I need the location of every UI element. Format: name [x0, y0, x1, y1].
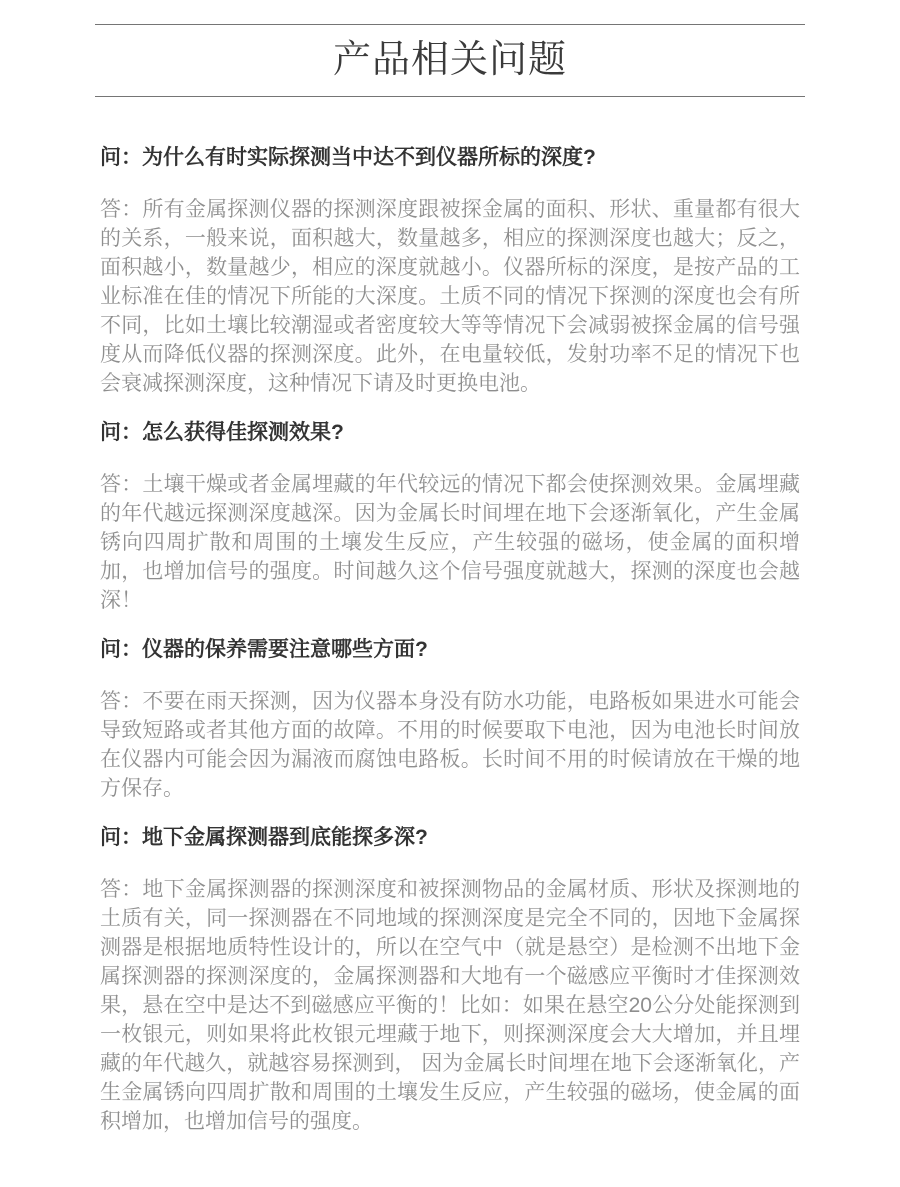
faq-item: 问：地下金属探测器到底能探多深? 答：地下金属探测器的探测深度和被探测物品的金属… [100, 823, 800, 1136]
faq-question: 问：仪器的保养需要注意哪些方面? [100, 635, 800, 665]
page-title: 产品相关问题 [95, 25, 805, 96]
faq-content: 问：为什么有时实际探测当中达不到仪器所标的深度? 答：所有金属探测仪器的探测深度… [100, 143, 800, 1176]
faq-item: 问：怎么获得佳探测效果? 答：土壤干燥或者金属埋藏的年代较远的情况下都会使探测效… [100, 418, 800, 615]
faq-question: 问：地下金属探测器到底能探多深? [100, 823, 800, 853]
faq-page: 产品相关问题 问：为什么有时实际探测当中达不到仪器所标的深度? 答：所有金属探测… [0, 0, 900, 1187]
faq-item: 问：仪器的保养需要注意哪些方面? 答：不要在雨天探测，因为仪器本身没有防水功能，… [100, 635, 800, 803]
faq-question: 问：怎么获得佳探测效果? [100, 418, 800, 448]
faq-item: 问：为什么有时实际探测当中达不到仪器所标的深度? 答：所有金属探测仪器的探测深度… [100, 143, 800, 398]
faq-question: 问：为什么有时实际探测当中达不到仪器所标的深度? [100, 143, 800, 173]
header-bottom-rule [95, 96, 805, 97]
faq-answer: 答：所有金属探测仪器的探测深度跟被探金属的面积、形状、重量都有很大的关系，一般来… [100, 195, 800, 398]
faq-answer: 答：不要在雨天探测，因为仪器本身没有防水功能，电路板如果进水可能会导致短路或者其… [100, 687, 800, 803]
faq-answer: 答：土壤干燥或者金属埋藏的年代较远的情况下都会使探测效果。金属埋藏的年代越远探测… [100, 470, 800, 615]
faq-answer: 答：地下金属探测器的探测深度和被探测物品的金属材质、形状及探测地的土质有关，同一… [100, 875, 800, 1136]
page-header: 产品相关问题 [95, 0, 805, 97]
